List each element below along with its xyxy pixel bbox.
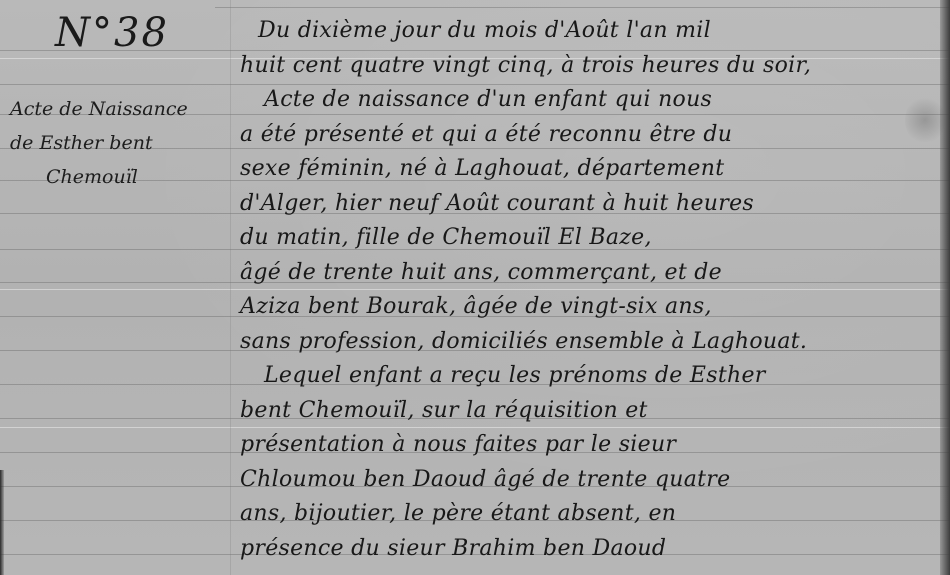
- text-line: âgé de trente huit ans, commerçant, et d…: [240, 256, 945, 291]
- record-body: Du dixième jour du mois d'Août l'an mil …: [240, 14, 945, 566]
- text-line: sans profession, domiciliés ensemble à L…: [240, 325, 945, 360]
- text-line: bent Chemouïl, sur la réquisition et: [240, 394, 945, 429]
- entry-number: N°38: [55, 10, 169, 56]
- register-page: N°38 Acte de Naissance de Esther bent Ch…: [0, 0, 950, 575]
- text-line: a été présenté et qui a été reconnu être…: [240, 118, 945, 153]
- margin-note-line: Chemouïl: [10, 160, 235, 194]
- text-line: du matin, fille de Chemouïl El Baze,: [240, 221, 945, 256]
- text-line: huit cent quatre vingt cinq, à trois heu…: [240, 49, 945, 84]
- text-line: Aziza bent Bourak, âgée de vingt-six ans…: [240, 290, 945, 325]
- margin-note-line: Acte de Naissance: [10, 92, 235, 126]
- text-line: Chloumou ben Daoud âgé de trente quatre: [240, 463, 945, 498]
- margin-divider: [230, 0, 231, 575]
- text-line: Acte de naissance d'un enfant qui nous: [240, 83, 945, 118]
- text-line: Lequel enfant a reçu les prénoms de Esth…: [240, 359, 945, 394]
- ruled-line: [215, 7, 950, 8]
- text-line: présence du sieur Brahim ben Daoud: [240, 532, 945, 567]
- text-line: présentation à nous faites par le sieur: [240, 428, 945, 463]
- text-line: d'Alger, hier neuf Août courant à huit h…: [240, 187, 945, 222]
- page-left-edge: [0, 470, 4, 575]
- margin-note-line: de Esther bent: [10, 126, 235, 160]
- text-line: ans, bijoutier, le père étant absent, en: [240, 497, 945, 532]
- text-line: Du dixième jour du mois d'Août l'an mil: [240, 14, 945, 49]
- margin-annotation: Acte de Naissance de Esther bent Chemouï…: [10, 92, 235, 194]
- text-line: sexe féminin, né à Laghouat, département: [240, 152, 945, 187]
